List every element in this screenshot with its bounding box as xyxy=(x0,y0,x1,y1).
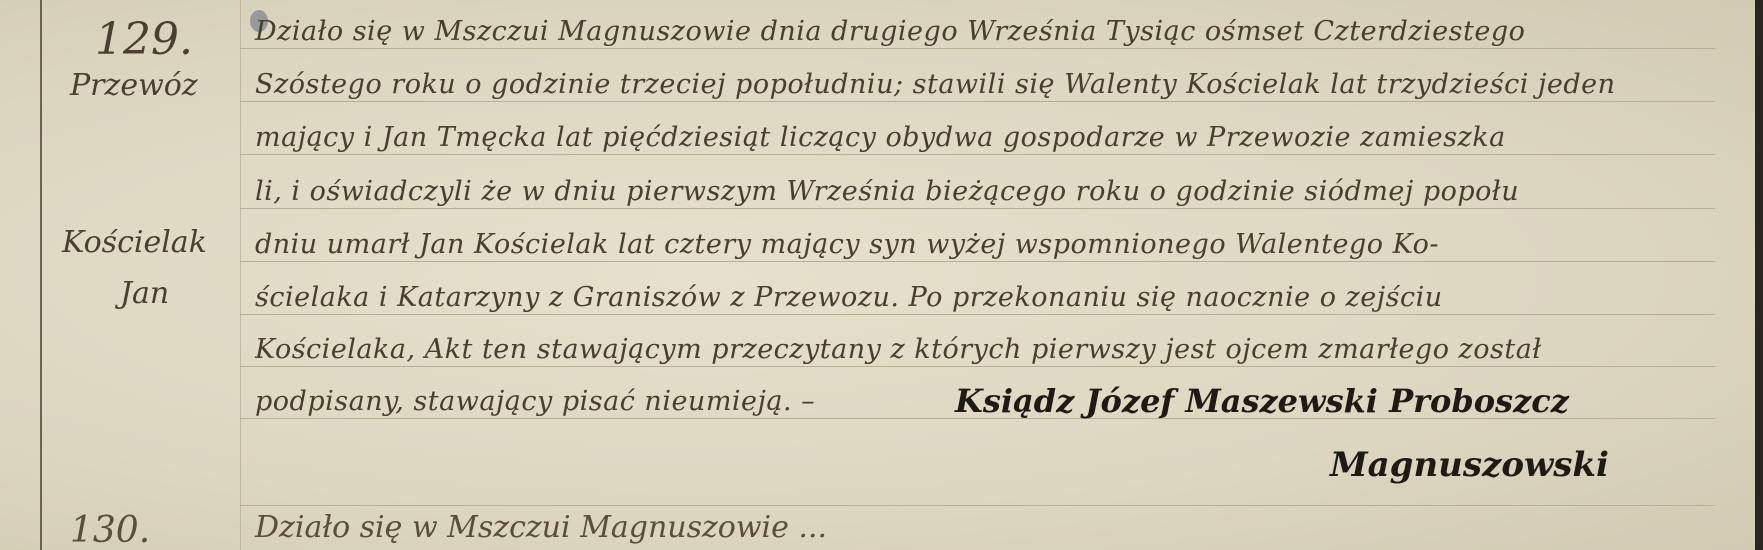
deceased-given-name: Jan xyxy=(120,276,169,311)
record-place: Przewóz xyxy=(70,68,198,103)
parish-signature: Magnuszowski xyxy=(1330,445,1609,485)
record-text-line: dniu umarł Jan Kościelak lat cztery mają… xyxy=(255,229,1439,260)
record-text-line: Szóstego roku o godzinie trzeciej popołu… xyxy=(255,69,1615,100)
ruled-line xyxy=(240,154,1715,155)
record-number: 129. xyxy=(95,14,193,65)
next-record-text: Działo się w Mszczui Magnuszowie ... xyxy=(255,510,827,545)
margin-border-line xyxy=(40,0,42,550)
column-divider xyxy=(240,0,241,550)
ruled-line xyxy=(240,505,1715,506)
ruled-line xyxy=(240,366,1715,367)
register-page: 129. Przewóz Kościelak Jan Działo się w … xyxy=(0,0,1755,550)
ruled-line xyxy=(240,208,1715,209)
record-text-line: Kościelaka, Akt ten stawającym przeczyta… xyxy=(255,334,1542,365)
priest-signature: Ksiądz Józef Maszewski Proboszcz xyxy=(955,382,1569,420)
record-text-line: ścielaka i Katarzyny z Graniszów z Przew… xyxy=(255,282,1443,313)
record-text-line: mający i Jan Tmęcka lat pięćdziesiąt lic… xyxy=(255,122,1506,153)
deceased-surname: Kościelak xyxy=(62,225,207,260)
ruled-line xyxy=(240,314,1715,315)
record-text-line: li, i oświadczyli że w dniu pierwszym Wr… xyxy=(255,176,1519,207)
ruled-line xyxy=(240,261,1715,262)
ruled-line xyxy=(240,101,1715,102)
book-edge xyxy=(1755,0,1763,550)
record-text-line: podpisany, stawający pisać nieumieją. – xyxy=(255,386,815,417)
ruled-line xyxy=(240,48,1715,49)
record-text-line: Działo się w Mszczui Magnuszowie dnia dr… xyxy=(255,16,1525,47)
next-record-number: 130. xyxy=(70,510,150,550)
